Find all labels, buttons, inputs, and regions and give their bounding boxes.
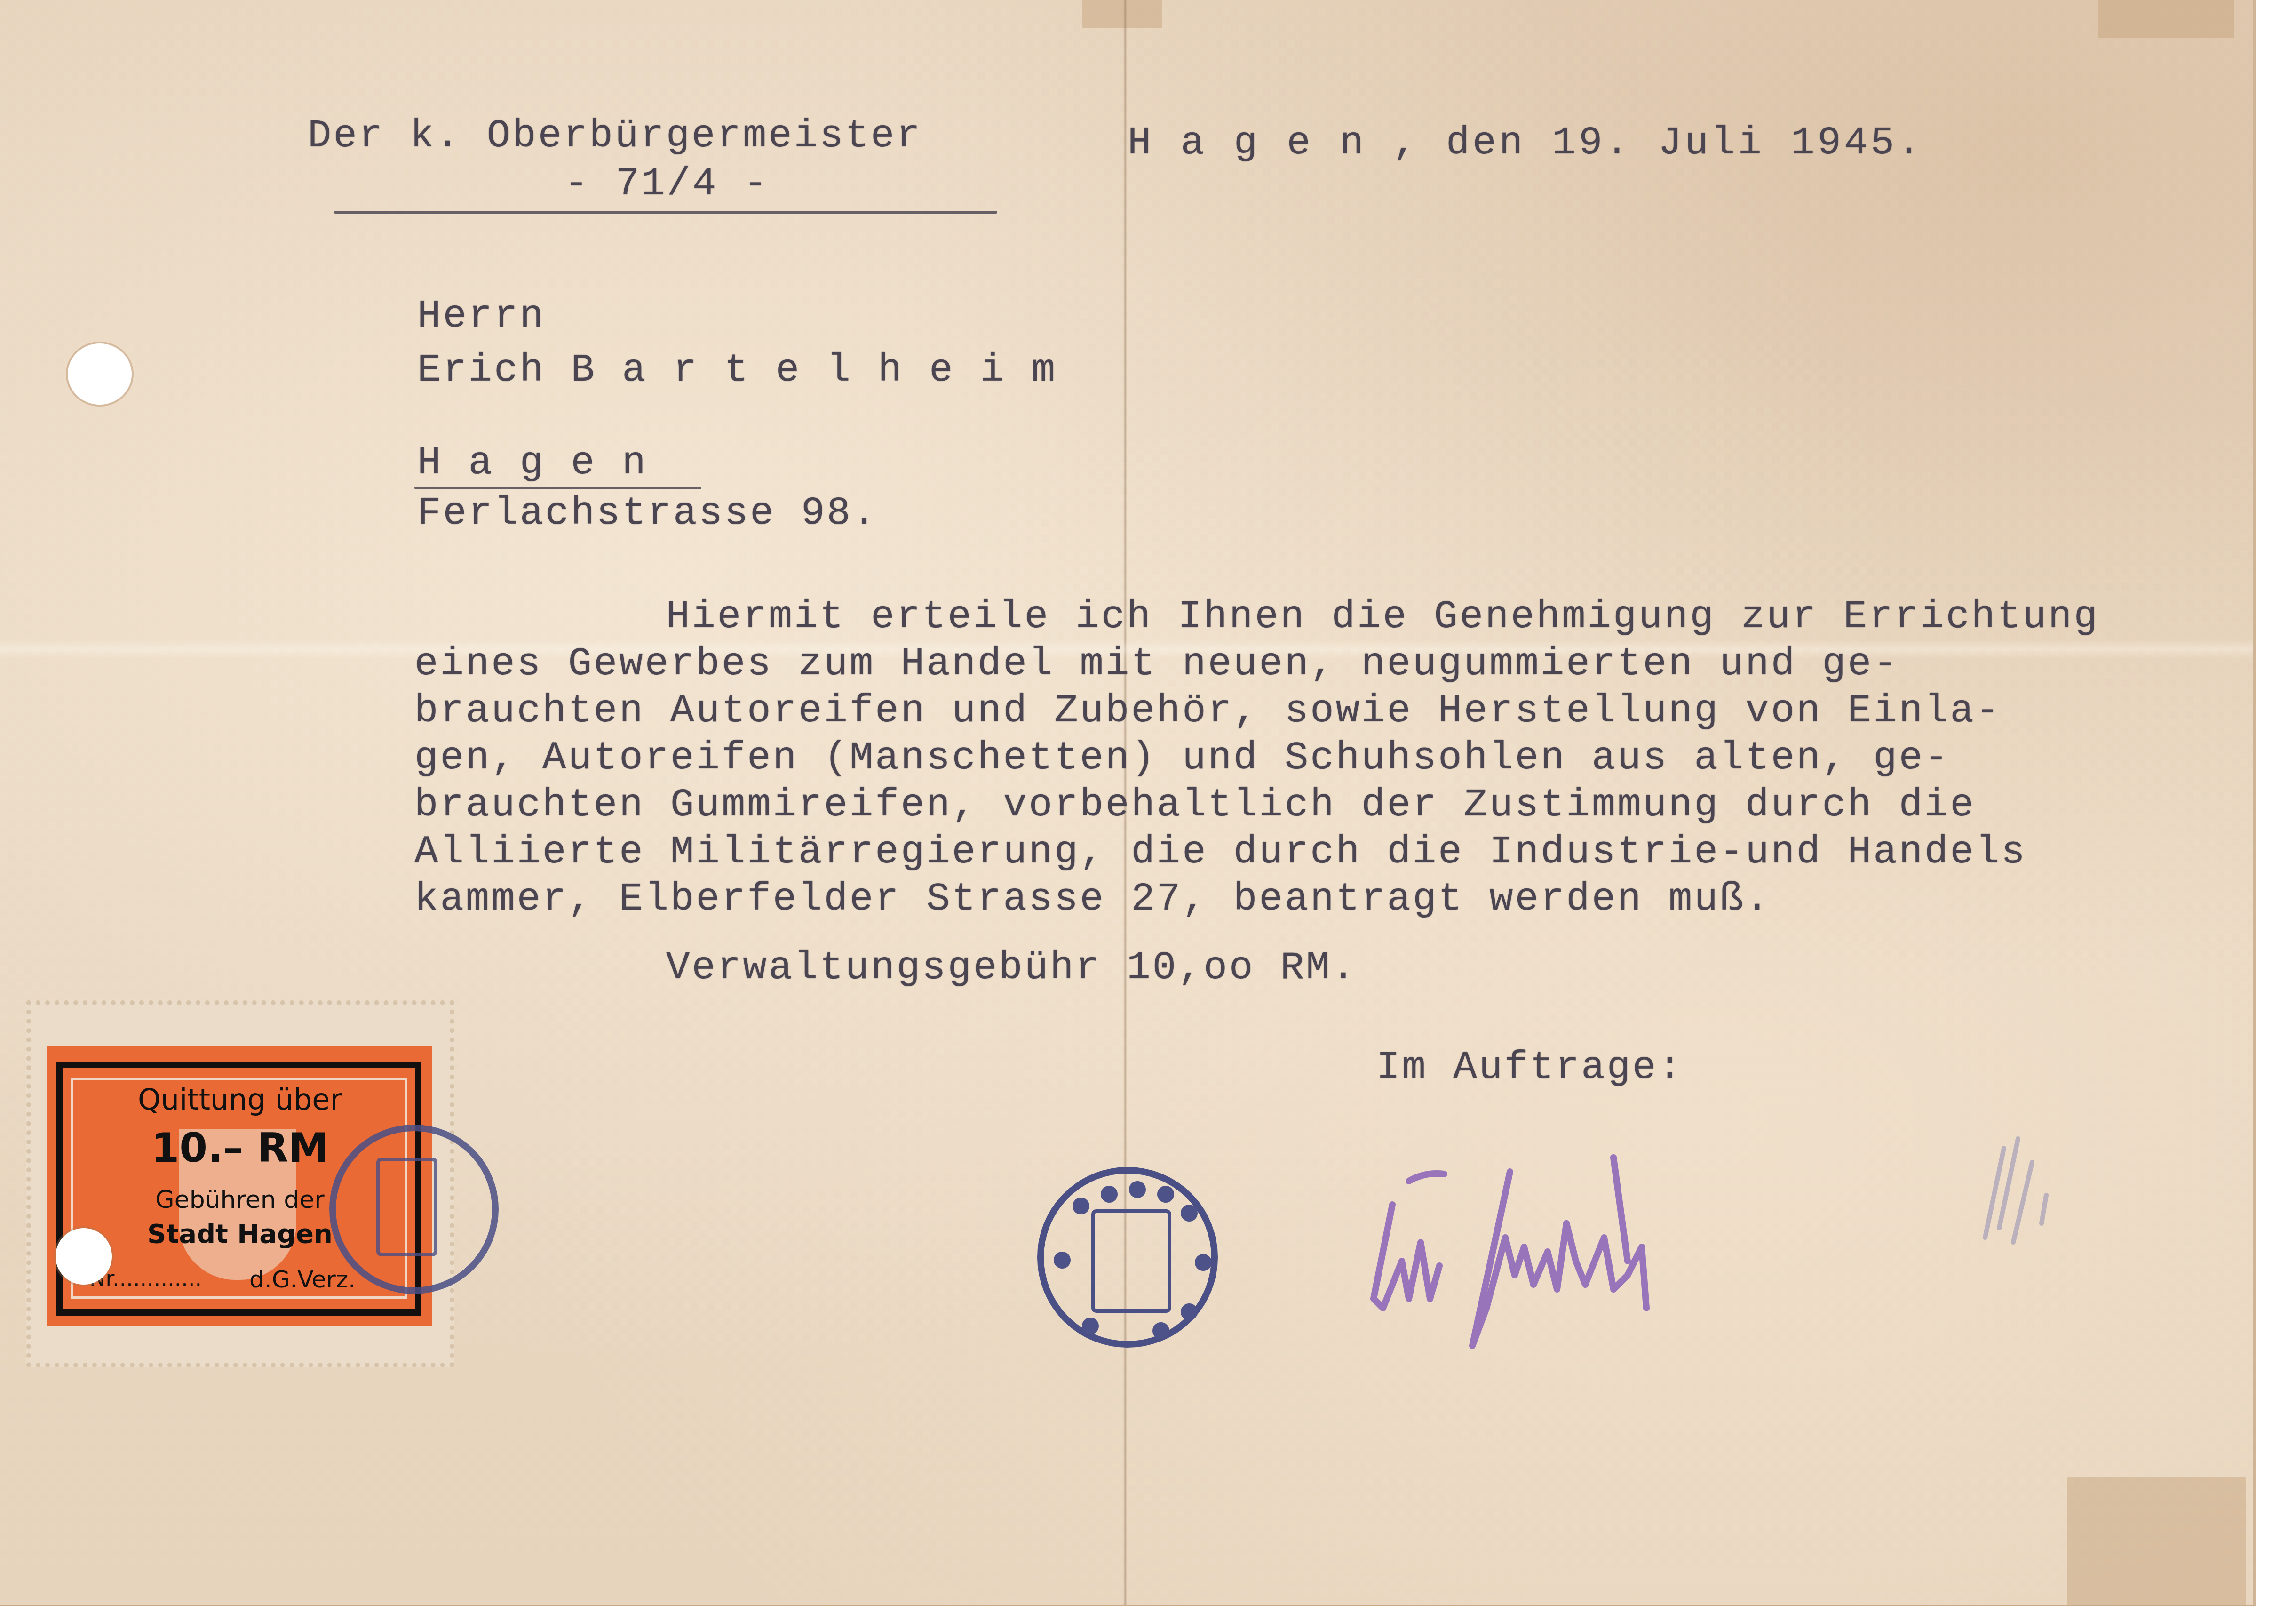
body-line-4: gen, Autoreifen (Manschetten) und Schuhs… bbox=[414, 735, 1950, 782]
postmark-shield bbox=[376, 1158, 437, 1256]
recipient-city: H a g e n bbox=[417, 440, 648, 487]
body-line-2: eines Gewerbes zum Handel mit neuen, neu… bbox=[414, 641, 1899, 688]
place-date: H a g e n , den 19. Juli 1945. bbox=[1128, 120, 1923, 167]
reference-number: - 71/4 - bbox=[564, 161, 769, 208]
issuer-title: Der k. Oberbürgermeister bbox=[308, 113, 922, 160]
stamp-register-label: d.G.Verz. bbox=[249, 1266, 356, 1293]
seal-dot bbox=[1181, 1303, 1198, 1320]
city-underline bbox=[414, 487, 701, 489]
body-line-6: Alliierte Militärregierung, die durch di… bbox=[414, 829, 2027, 876]
seal-dot bbox=[1101, 1186, 1118, 1203]
seal-dot bbox=[1073, 1198, 1089, 1214]
recipient-name: Erich B a r t e l h e i m bbox=[417, 347, 1057, 394]
seal-dot bbox=[1082, 1318, 1099, 1334]
body-line-7: kammer, Elberfelder Strasse 27, beantrag… bbox=[414, 876, 1771, 923]
punch-hole-icon bbox=[68, 343, 132, 405]
seal-dot bbox=[1054, 1252, 1071, 1269]
header-underline bbox=[334, 211, 997, 214]
stamp-receipt-label: Quittung über bbox=[85, 1082, 395, 1117]
body-line-1: Hiermit erteile ich Ihnen die Genehmigun… bbox=[666, 594, 2099, 641]
recipient-street: Ferlachstrasse 98. bbox=[417, 490, 878, 537]
seal-dot bbox=[1181, 1205, 1198, 1222]
fee-line: Verwaltungsgebühr 10,oo RM. bbox=[666, 945, 1357, 992]
seal-dot bbox=[1157, 1186, 1174, 1203]
seal-dot bbox=[1129, 1181, 1146, 1198]
on-behalf-label: Im Auftrage: bbox=[1376, 1045, 1684, 1092]
tape-top-right bbox=[2098, 0, 2234, 38]
handwritten-signature bbox=[1364, 1120, 2070, 1365]
city-seal-shield bbox=[1091, 1209, 1171, 1313]
body-line-3: brauchten Autoreifen und Zubehör, sowie … bbox=[414, 688, 2001, 735]
body-line-5: brauchten Gummireifen, vorbehaltlich der… bbox=[414, 782, 1976, 829]
recipient-salutation: Herrn bbox=[417, 293, 545, 340]
seal-dot bbox=[1195, 1254, 1212, 1271]
punch-hole-icon bbox=[56, 1228, 112, 1285]
tape-top-center bbox=[1082, 0, 1162, 28]
tape-bottom-right bbox=[2067, 1477, 2246, 1605]
seal-dot bbox=[1152, 1322, 1169, 1339]
